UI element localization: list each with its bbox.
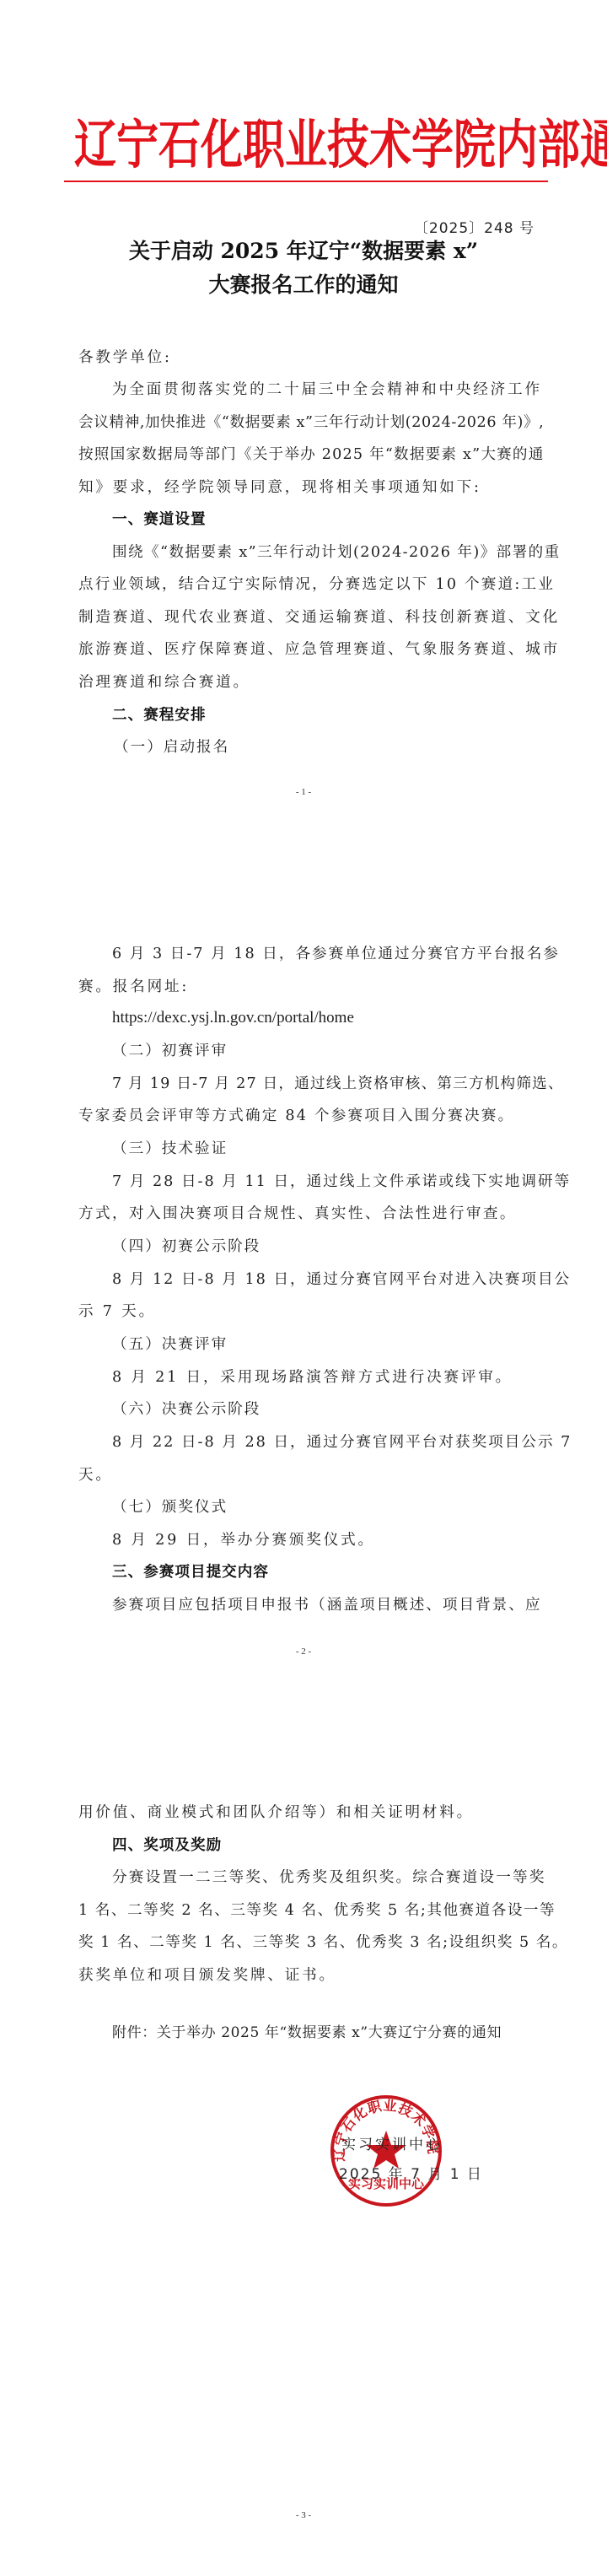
section-heading-awards: 四、奖项及奖励 [112,1835,540,1856]
section-heading-schedule: 二、赛程安排 [112,705,540,725]
section-body-line: 获奖单位和项目颁发奖牌、证书。 [78,1965,540,1986]
stage-body-line: 7 月 28 日-8 月 11 日，通过线上文件承诺或线下实地调研等 [112,1172,540,1192]
intro-line: 知》要求，经学院领导同意，现将相关事项通知如下: [78,477,540,498]
stage-body-line: 方式，对入围决赛项目合规性、真实性、合法性进行审查。 [78,1204,540,1224]
stage-body-line: 6 月 3 日-7 月 18 日，各参赛单位通过分赛官方平台报名参 [112,944,540,964]
stage-body-line: 天。 [78,1465,540,1485]
section-body-line: 分赛设置一二三等奖、优秀奖及组织奖。综合赛道设一等奖 [112,1867,540,1888]
intro-line: 为全面贯彻落实党的二十届三中全会精神和中央经济工作 [112,380,540,400]
section-body-line: 参赛项目应包括项目申报书（涵盖项目概述、项目背景、应 [112,1595,540,1615]
page-number: - 3 - [0,2510,607,2520]
stage-body-line: 7 月 19 日-7 月 27 日，通过线上资格审核、第三方机构筛选、 [112,1074,540,1094]
masthead-divider [64,181,548,182]
document-title-line-2: 大赛报名工作的通知 [0,268,607,299]
stage-body-line: 8 月 29 日，举办分赛颁奖仪式。 [112,1530,540,1550]
salutation: 各教学单位: [78,348,540,368]
section-body-line: 点行业领域，结合辽宁实际情况，分赛选定以下 10 个赛道:工业 [78,574,540,595]
section-body-line: 1 名、二等奖 2 名、三等奖 4 名、优秀奖 5 名;其他赛道各设一等 [78,1900,540,1921]
section-body-line: 围绕《“数据要素 x”三年行动计划(2024-2026 年)》部署的重 [112,542,540,563]
masthead-title: 辽宁石化职业技术学院内部通知 [74,108,546,182]
stage-heading: （一）启动报名 [114,737,542,757]
stage-heading: （二）初赛评审 [112,1041,540,1061]
stage-body-line: 示 7 天。 [78,1301,540,1322]
section-body-line: 用价值、商业模式和团队介绍等）和相关证明材料。 [78,1803,540,1823]
section-body-line: 旅游赛道、医疗保障赛道、应急管理赛道、气象服务赛道、城市 [78,639,540,660]
stage-heading: （四）初赛公示阶段 [112,1237,540,1257]
stage-body-line: 8 月 21 日，采用现场路演答辩方式进行决赛评审。 [112,1367,540,1388]
attachment-note: 附件：关于举办 2025 年“数据要素 x”大赛辽宁分赛的通知 [112,2023,540,2043]
page-number: - 2 - [0,1646,607,1657]
issuer-name: 实习实训中心 [341,2132,443,2153]
section-heading-submission: 三、参赛项目提交内容 [112,1562,540,1582]
section-body-line: 奖 1 名、二等奖 1 名、三等奖 3 名、优秀奖 3 名;设组织奖 5 名。 [78,1932,540,1953]
stage-heading: （六）决赛公示阶段 [112,1399,540,1420]
section-body-line: 治理赛道和综合赛道。 [78,672,540,693]
intro-line: 会议精神,加快推进《“数据要素 x”三年行动计划(2024-2026 年)》, [78,412,540,433]
stage-body-line: 专家委员会评审等方式确定 84 个参赛项目入围分赛决赛。 [78,1106,540,1126]
section-heading-tracks: 一、赛道设置 [112,509,540,530]
stage-body-line: 赛。报名网址: [78,977,540,997]
stage-heading: （三）技术验证 [112,1139,540,1159]
stage-body-line: 8 月 12 日-8 月 18 日，通过分赛官网平台对进入决赛项目公 [112,1269,540,1290]
section-body-line: 制造赛道、现代农业赛道、交通运输赛道、科技创新赛道、文化 [78,607,540,628]
page-number: - 1 - [0,787,607,797]
registration-url-link[interactable]: https://dexc.ysj.ln.gov.cn/portal/home [112,1008,540,1028]
stage-heading: （五）决赛评审 [112,1334,540,1355]
stage-heading: （七）颁奖仪式 [112,1497,540,1517]
document-title-line-1: 关于启动 2025 年辽宁“数据要素 x” [0,234,607,265]
issue-date: 2025 年 7 月 1 日 [339,2162,483,2183]
intro-line: 按照国家数据局等部门《关于举办 2025 年“数据要素 x”大赛的通 [78,445,540,465]
stage-body-line: 8 月 22 日-8 月 28 日，通过分赛官网平台对获奖项目公示 7 [112,1432,540,1452]
